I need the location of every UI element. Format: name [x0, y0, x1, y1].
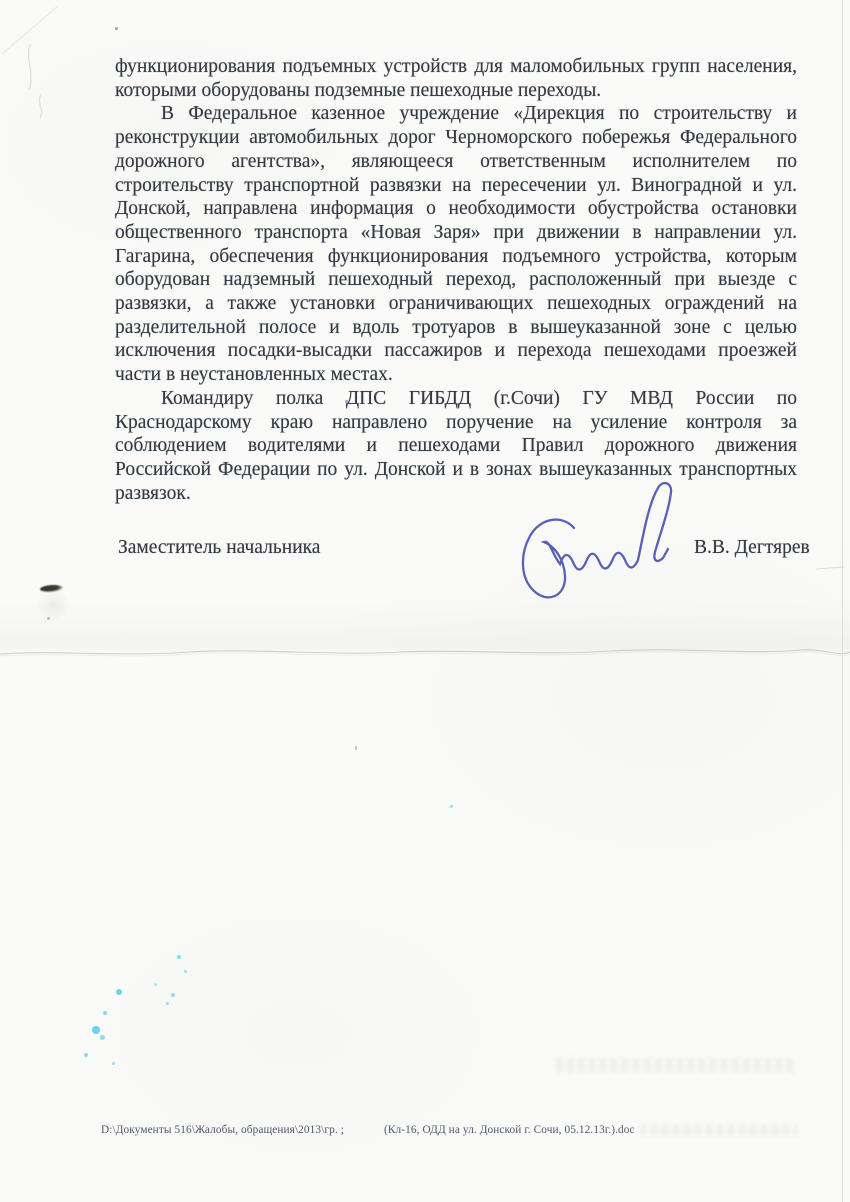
ink-speck [103, 1011, 107, 1015]
body-line: В Федеральное казенное учреждение «Дирек… [115, 102, 797, 126]
ink-speck [116, 989, 122, 995]
handwritten-signature-ink [508, 478, 698, 608]
ink-smudge [40, 584, 63, 593]
body-line: Гагарина, обеспечения функционирования п… [115, 245, 797, 269]
footer-file-name: (Кл-16, ОДД на ул. Донской г. Сочи, 05.1… [384, 1124, 635, 1136]
footer-file-path: D:\Документы 516\Жалобы, обращения\2013\… [101, 1124, 344, 1136]
ink-smudge-halo [36, 588, 70, 622]
body-line: которыми оборудованы подземные пешеходны… [115, 79, 797, 103]
bleedthrough-text-artifact [640, 1125, 798, 1136]
bleedthrough-text-artifact [556, 1058, 794, 1073]
dust-speck [47, 617, 50, 620]
body-line: функционирования подъемных устройств для… [115, 55, 797, 79]
fold-crease-shading [0, 598, 850, 654]
body-line: Командиру полка ДПС ГИБДД (г.Сочи) ГУ МВ… [115, 387, 797, 411]
body-line: исключения посадки-высадки пассажиров и … [115, 339, 797, 363]
corner-crease [2, 6, 58, 54]
body-line: соблюдением водителями и пешеходами Прав… [115, 434, 797, 458]
body-line: дорожного агентства», являющееся ответст… [115, 150, 797, 174]
body-line: Краснодарскому краю направлено поручение… [115, 411, 797, 435]
fold-crease-shadow [0, 652, 850, 656]
ink-speck [154, 983, 157, 986]
body-line: Донской, направлена информация о необход… [115, 197, 797, 221]
ink-speck [166, 1002, 169, 1005]
horizontal-fold-crease [0, 650, 850, 654]
dust-speck [355, 746, 357, 750]
ink-speck [84, 1053, 88, 1057]
body-line: строительству транспортной развязки на п… [115, 174, 797, 198]
ink-speck [112, 1062, 115, 1065]
ink-speck [184, 970, 187, 973]
ink-speck [92, 1026, 100, 1034]
scanned-letter-page: функционирования подъемных устройств для… [0, 0, 850, 1202]
ink-speck [177, 955, 181, 959]
body-line: разделительной полосе и вдоль тротуаров … [115, 316, 797, 340]
body-line: общественного транспорта «Новая Заря» пр… [115, 221, 797, 245]
ink-speck [171, 993, 175, 997]
pencil-smudge [39, 94, 41, 118]
dust-speck [115, 27, 118, 30]
body-line: части в неустановленных местах. [115, 363, 797, 387]
letter-body: функционирования подъемных устройств для… [115, 55, 797, 505]
edge-crease-mark [816, 567, 844, 569]
body-line: оборудован надземный пешеходный переход,… [115, 268, 797, 292]
body-line: развязки, а также установки ограничивающ… [115, 292, 797, 316]
body-line: реконструкции автомобильных дорог Черном… [115, 126, 797, 150]
signoff-name: В.В. Дегтярев [694, 537, 810, 559]
pencil-smudge [29, 44, 31, 90]
ink-speck [100, 1035, 105, 1040]
ink-speck [450, 805, 453, 808]
signoff-title: Заместитель начальника [118, 537, 320, 559]
